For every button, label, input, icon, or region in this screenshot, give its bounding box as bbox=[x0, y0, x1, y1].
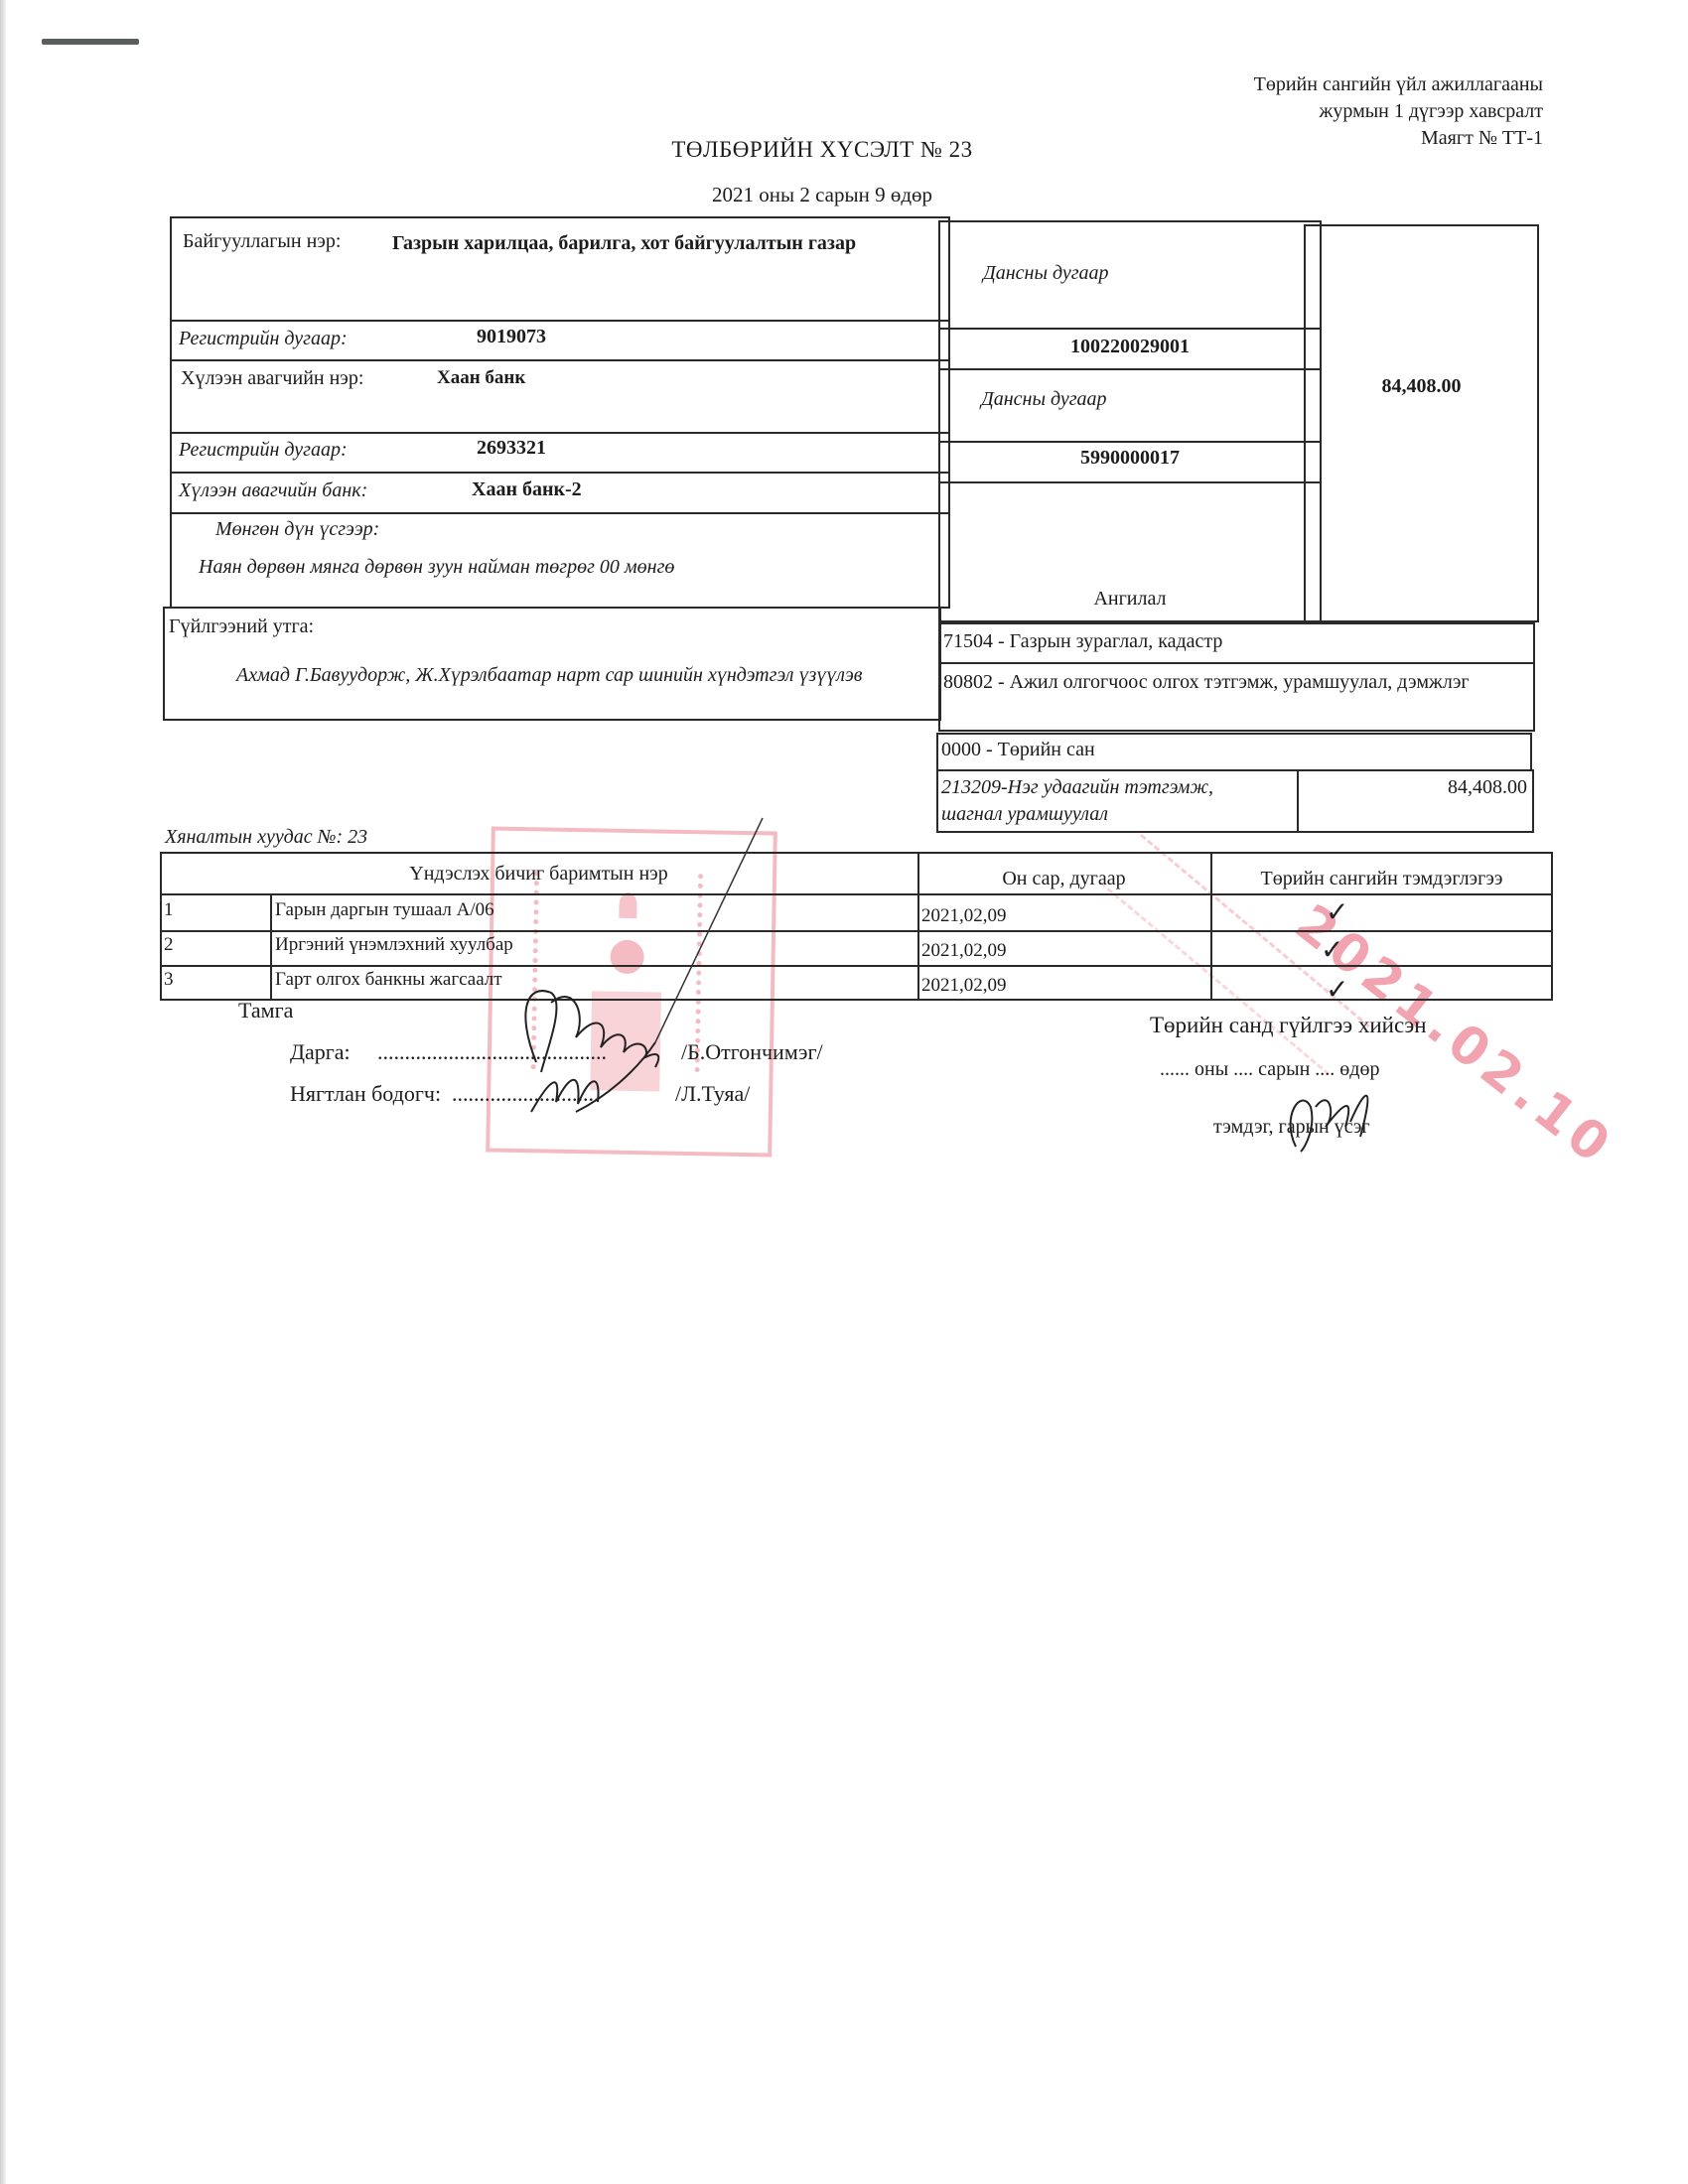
control-sheet-label: Хяналтын хуудас №: 23 bbox=[165, 826, 367, 849]
receiver-name-label: Хүлээн авагчийн нэр: bbox=[181, 367, 363, 390]
purpose-label: Гүйлгээний утга: bbox=[169, 615, 314, 638]
row-doc-name: Гарт олгох банкны жагсаалт bbox=[275, 969, 502, 991]
check-icon: ✓ bbox=[1326, 895, 1348, 928]
row-no: 2 bbox=[164, 934, 174, 956]
document-date: 2021 оны 2 сарын 9 өдөр bbox=[0, 183, 1644, 207]
classification-label: Ангилал bbox=[938, 588, 1322, 611]
amount-column bbox=[1304, 224, 1539, 622]
document-title: ТӨЛБӨРИЙН ХҮСЭЛТ № 23 bbox=[0, 137, 1644, 163]
seal-label: Тамга bbox=[238, 998, 293, 1024]
purpose-text: Ахмад Г.Бавуудорж, Ж.Хүрэлбаатар нарт са… bbox=[236, 662, 872, 688]
receiver-account-label: Дансны дугаар bbox=[981, 388, 1107, 411]
line-item-desc: 213209-Нэг удаагийн тэтгэмж, шагнал урам… bbox=[941, 774, 1279, 828]
row-no: 3 bbox=[164, 969, 174, 991]
scan-edge bbox=[0, 0, 6, 2184]
form-note-line2: журмын 1 дүгээр хавсралт bbox=[1254, 98, 1543, 125]
treasury-done-label: Төрийн санд гүйлгээ хийсэн bbox=[1150, 1013, 1427, 1038]
payer-account-number: 100220029001 bbox=[938, 336, 1322, 358]
row-doc-name: Иргэний үнэмлэхний хуулбар bbox=[275, 934, 513, 956]
receiver-bank-label: Хүлээн авагчийн банк: bbox=[179, 479, 367, 502]
amount-words-label: Мөнгөн дүн үсгээр: bbox=[215, 518, 379, 541]
receiver-bank: Хаан банк-2 bbox=[472, 478, 582, 501]
row-date: 2021,02,09 bbox=[921, 940, 1007, 962]
receiver-reg-label: Регистрийн дугаар: bbox=[179, 439, 348, 462]
row-date: 2021,02,09 bbox=[921, 975, 1007, 997]
org-name: Газрын харилцаа, барилга, хот байгуулалт… bbox=[392, 230, 928, 257]
amount-words: Наян дөрвөн мянга дөрвөн зуун найман төг… bbox=[199, 556, 674, 579]
row-no: 1 bbox=[164, 899, 174, 921]
payer-account-label: Дансны дугаар bbox=[983, 262, 1109, 285]
payer-receiver-box bbox=[170, 216, 950, 609]
receiver-name: Хаан банк bbox=[437, 367, 525, 389]
check-icon: ✓ bbox=[1326, 973, 1348, 1006]
receiver-reg-number: 2693321 bbox=[477, 437, 546, 460]
total-amount: 84,408.00 bbox=[1304, 375, 1539, 398]
form-note-line1: Төрийн сангийн үйл ажиллагааны bbox=[1254, 71, 1543, 98]
row-date: 2021,02,09 bbox=[921, 905, 1007, 927]
check-icon: ✓ bbox=[1321, 933, 1343, 966]
payer-reg-label: Регистрийн дугаар: bbox=[179, 328, 348, 350]
treasury-date-placeholder: ...... оны .... сарын .... өдөр bbox=[1160, 1058, 1379, 1081]
treasury-sign-label: тэмдэг, гарын үсэг bbox=[1213, 1116, 1370, 1139]
receiver-account-number: 5990000017 bbox=[938, 447, 1322, 470]
col-date: Он сар, дугаар bbox=[917, 868, 1210, 890]
col-treasury-mark: Төрийн сангийн тэмдэглэгээ bbox=[1210, 868, 1553, 890]
classification-text-1: 71504 - Газрын зураглал, кадастр bbox=[943, 630, 1222, 653]
row-doc-name: Гарын даргын тушаал А/06 bbox=[275, 899, 494, 921]
accountant-label: Нягтлан бодогч: bbox=[290, 1081, 441, 1107]
director-label: Дарга: bbox=[290, 1039, 351, 1065]
scan-mark bbox=[42, 39, 139, 45]
line-item-amount: 84,408.00 bbox=[1301, 776, 1527, 799]
director-signature bbox=[506, 814, 774, 1122]
classification-text-2: 80802 - Ажил олгогчоос олгох тэтгэмж, ур… bbox=[943, 669, 1499, 696]
org-label: Байгууллагын нэр: bbox=[183, 230, 341, 253]
classification-text-3: 0000 - Төрийн сан bbox=[941, 739, 1095, 761]
payer-reg-number: 9019073 bbox=[477, 326, 546, 348]
